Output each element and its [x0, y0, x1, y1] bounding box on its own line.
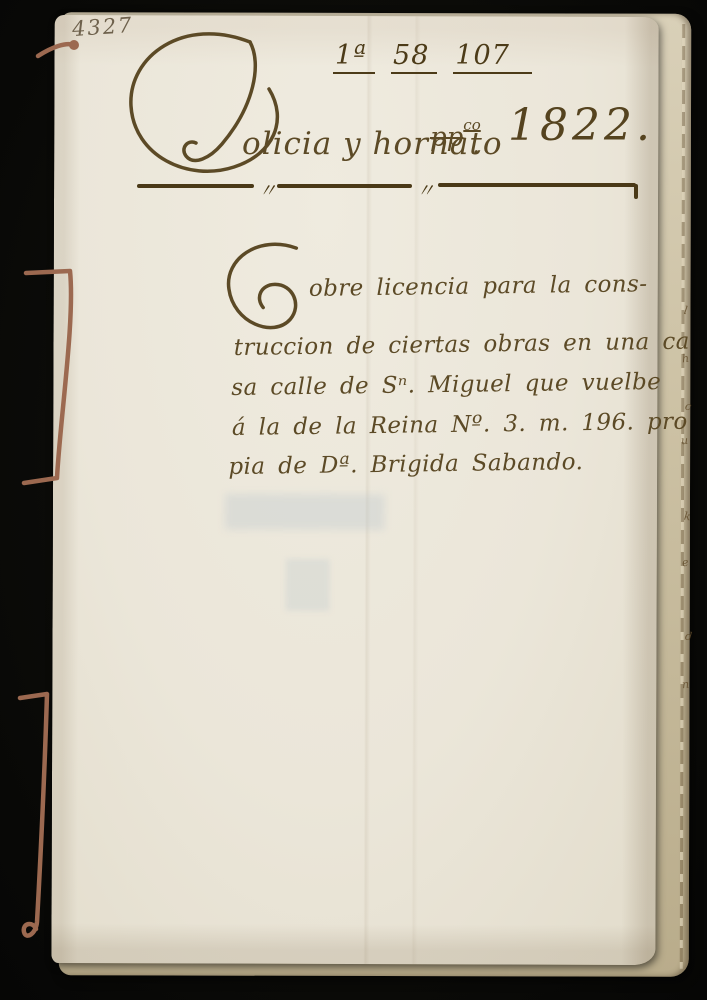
ditto-mark: 〃 [416, 176, 435, 203]
body-line: á la de la Reina Nº. 3. m. 196. pro [232, 409, 688, 441]
body-line: sa calle de Sⁿ. Miguel que vuelbe [231, 369, 661, 401]
body-line: pia de Dª. Brigida Sabando. [228, 449, 583, 480]
edge-glyph: h [681, 352, 689, 366]
edge-glyph: u [681, 434, 689, 447]
ditto-mark: 〃 [258, 176, 277, 203]
title-year: 1822. [508, 100, 654, 151]
edge-glyph: c [684, 400, 692, 414]
title-underline-segment [277, 184, 412, 188]
title-block: olicia y hornato ppco . 1822. [120, 26, 680, 196]
underline-end-hook [634, 184, 638, 199]
description-paragraph: obre licencia para la cons- truccion de … [220, 237, 673, 493]
body-line: truccion de ciertas obras en una ca [234, 329, 690, 361]
initial-s-flourish-icon [218, 236, 314, 345]
edge-glyph: e [681, 556, 689, 570]
s-loop-stroke [228, 244, 297, 328]
body-line: obre licencia para la cons- [309, 271, 648, 302]
edge-glyph: n [681, 678, 689, 692]
manuscript-scan: 4327 1ª58107 olicia y hornato ppco . 182… [0, 0, 707, 1000]
showthrough-band [225, 494, 385, 531]
under-leaf-edge-writing: l h c u k e d n [680, 300, 700, 700]
title-underline-segment [137, 184, 254, 188]
showthrough-square [286, 559, 330, 611]
edge-glyph: l [683, 304, 688, 317]
binding-thread-bottom [20, 694, 47, 936]
abbrev-base: pp [430, 123, 463, 153]
abbrev-period: . [472, 130, 480, 160]
title-underline-segment [438, 183, 636, 187]
edge-glyph: k [683, 510, 691, 524]
edge-glyph: d [684, 630, 692, 644]
